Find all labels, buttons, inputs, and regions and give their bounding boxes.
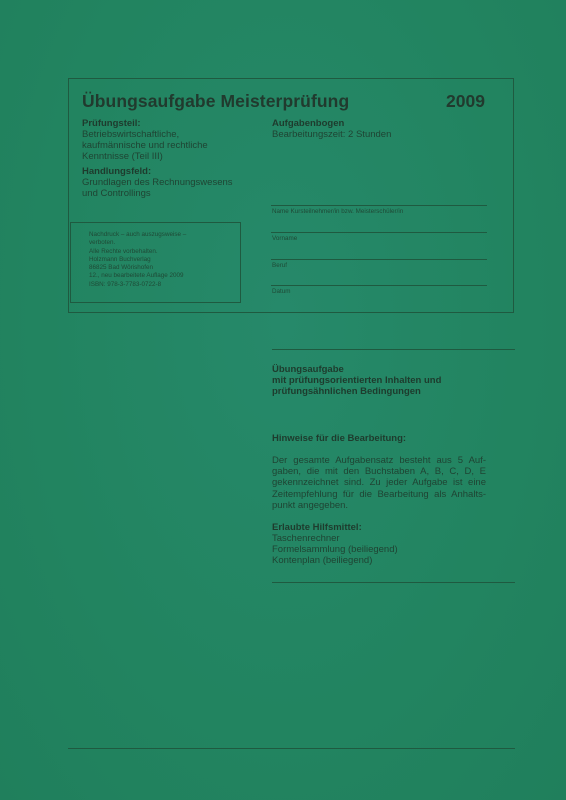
aids-item: Taschenrechner bbox=[272, 533, 486, 544]
section-divider bbox=[272, 349, 515, 350]
sheet-time: Bearbeitungszeit: 2 Stunden bbox=[272, 129, 492, 140]
imprint-line: 12., neu bearbeitete Auflage 2009 bbox=[89, 272, 239, 280]
field-of-action-line: und Controllings bbox=[82, 188, 262, 199]
profession-field-label: Beruf bbox=[272, 262, 287, 269]
document-title: Übungsaufgabe Meisterprüfung bbox=[82, 91, 349, 112]
name-field-line[interactable] bbox=[271, 205, 487, 206]
aids-heading: Erlaubte Hilfsmittel: bbox=[272, 522, 486, 533]
hints-line: punkt angegeben. bbox=[272, 500, 486, 511]
document-cover: Übungsaufgabe Meisterprüfung 2009 Prüfun… bbox=[0, 0, 566, 800]
imprint-line: Holzmann Buchverlag bbox=[89, 256, 239, 264]
date-field-line[interactable] bbox=[271, 285, 487, 286]
profession-field-line[interactable] bbox=[271, 259, 487, 260]
field-of-action-label: Handlungsfeld: bbox=[82, 166, 262, 177]
exam-part-line: Kenntnisse (Teil III) bbox=[82, 151, 262, 162]
firstname-field-label: Vorname bbox=[272, 235, 297, 242]
footer-rule bbox=[68, 748, 515, 749]
aids-item: Kontenplan (beiliegend) bbox=[272, 555, 486, 566]
name-field-label: Name Kursteilnehmer/in bzw. Meisterschül… bbox=[272, 208, 403, 215]
imprint-line: Nachdruck – auch auszugsweise – bbox=[89, 231, 239, 239]
hints-line: Der gesamte Aufgabensatz besteht aus 5 A… bbox=[272, 455, 486, 466]
aids-block: Erlaubte Hilfsmittel: Taschenrechner For… bbox=[272, 522, 486, 567]
imprint-line: verboten. bbox=[89, 239, 239, 247]
imprint-text: Nachdruck – auch auszugsweise – verboten… bbox=[89, 231, 239, 289]
sheet-label: Aufgabenbogen bbox=[272, 118, 492, 129]
intro-block: Übungsaufgabe mit prüfungsorientierten I… bbox=[272, 364, 512, 397]
exam-part-line: kaufmännische und rechtliche bbox=[82, 140, 262, 151]
exam-part-line: Betriebswirtschaftliche, bbox=[82, 129, 262, 140]
aids-item: Formelsammlung (beiliegend) bbox=[272, 544, 486, 555]
firstname-field-line[interactable] bbox=[271, 232, 487, 233]
hints-line: gekennzeichnet sind. Zu jeder Aufgabe is… bbox=[272, 477, 486, 488]
imprint-line: Alle Rechte vorbehalten. bbox=[89, 248, 239, 256]
intro-line: prüfungsähnlichen Bedingungen bbox=[272, 386, 512, 397]
imprint-line: ISBN: 978-3-7783-0722-8 bbox=[89, 281, 239, 289]
section-divider-bottom bbox=[272, 582, 515, 583]
hints-text: Der gesamte Aufgabensatz besteht aus 5 A… bbox=[272, 455, 486, 511]
exam-part-block: Prüfungsteil: Betriebswirtschaftliche, k… bbox=[82, 118, 262, 199]
document-year: 2009 bbox=[446, 91, 485, 112]
exam-part-label: Prüfungsteil: bbox=[82, 118, 262, 129]
date-field-label: Datum bbox=[272, 288, 291, 295]
hints-line: Zeitempfehlung für die Bearbeitung als A… bbox=[272, 489, 486, 500]
hints-heading: Hinweise für die Bearbeitung: bbox=[272, 433, 406, 444]
field-of-action-line: Grundlagen des Rechnungswesens bbox=[82, 177, 262, 188]
intro-line: Übungsaufgabe bbox=[272, 364, 512, 375]
sheet-block: Aufgabenbogen Bearbeitungszeit: 2 Stunde… bbox=[272, 118, 492, 140]
intro-line: mit prüfungsorientierten Inhalten und bbox=[272, 375, 512, 386]
imprint-line: 86825 Bad Wörishofen bbox=[89, 264, 239, 272]
hints-line: gaben, die mit den Buchstaben A, B, C, D… bbox=[272, 466, 486, 477]
